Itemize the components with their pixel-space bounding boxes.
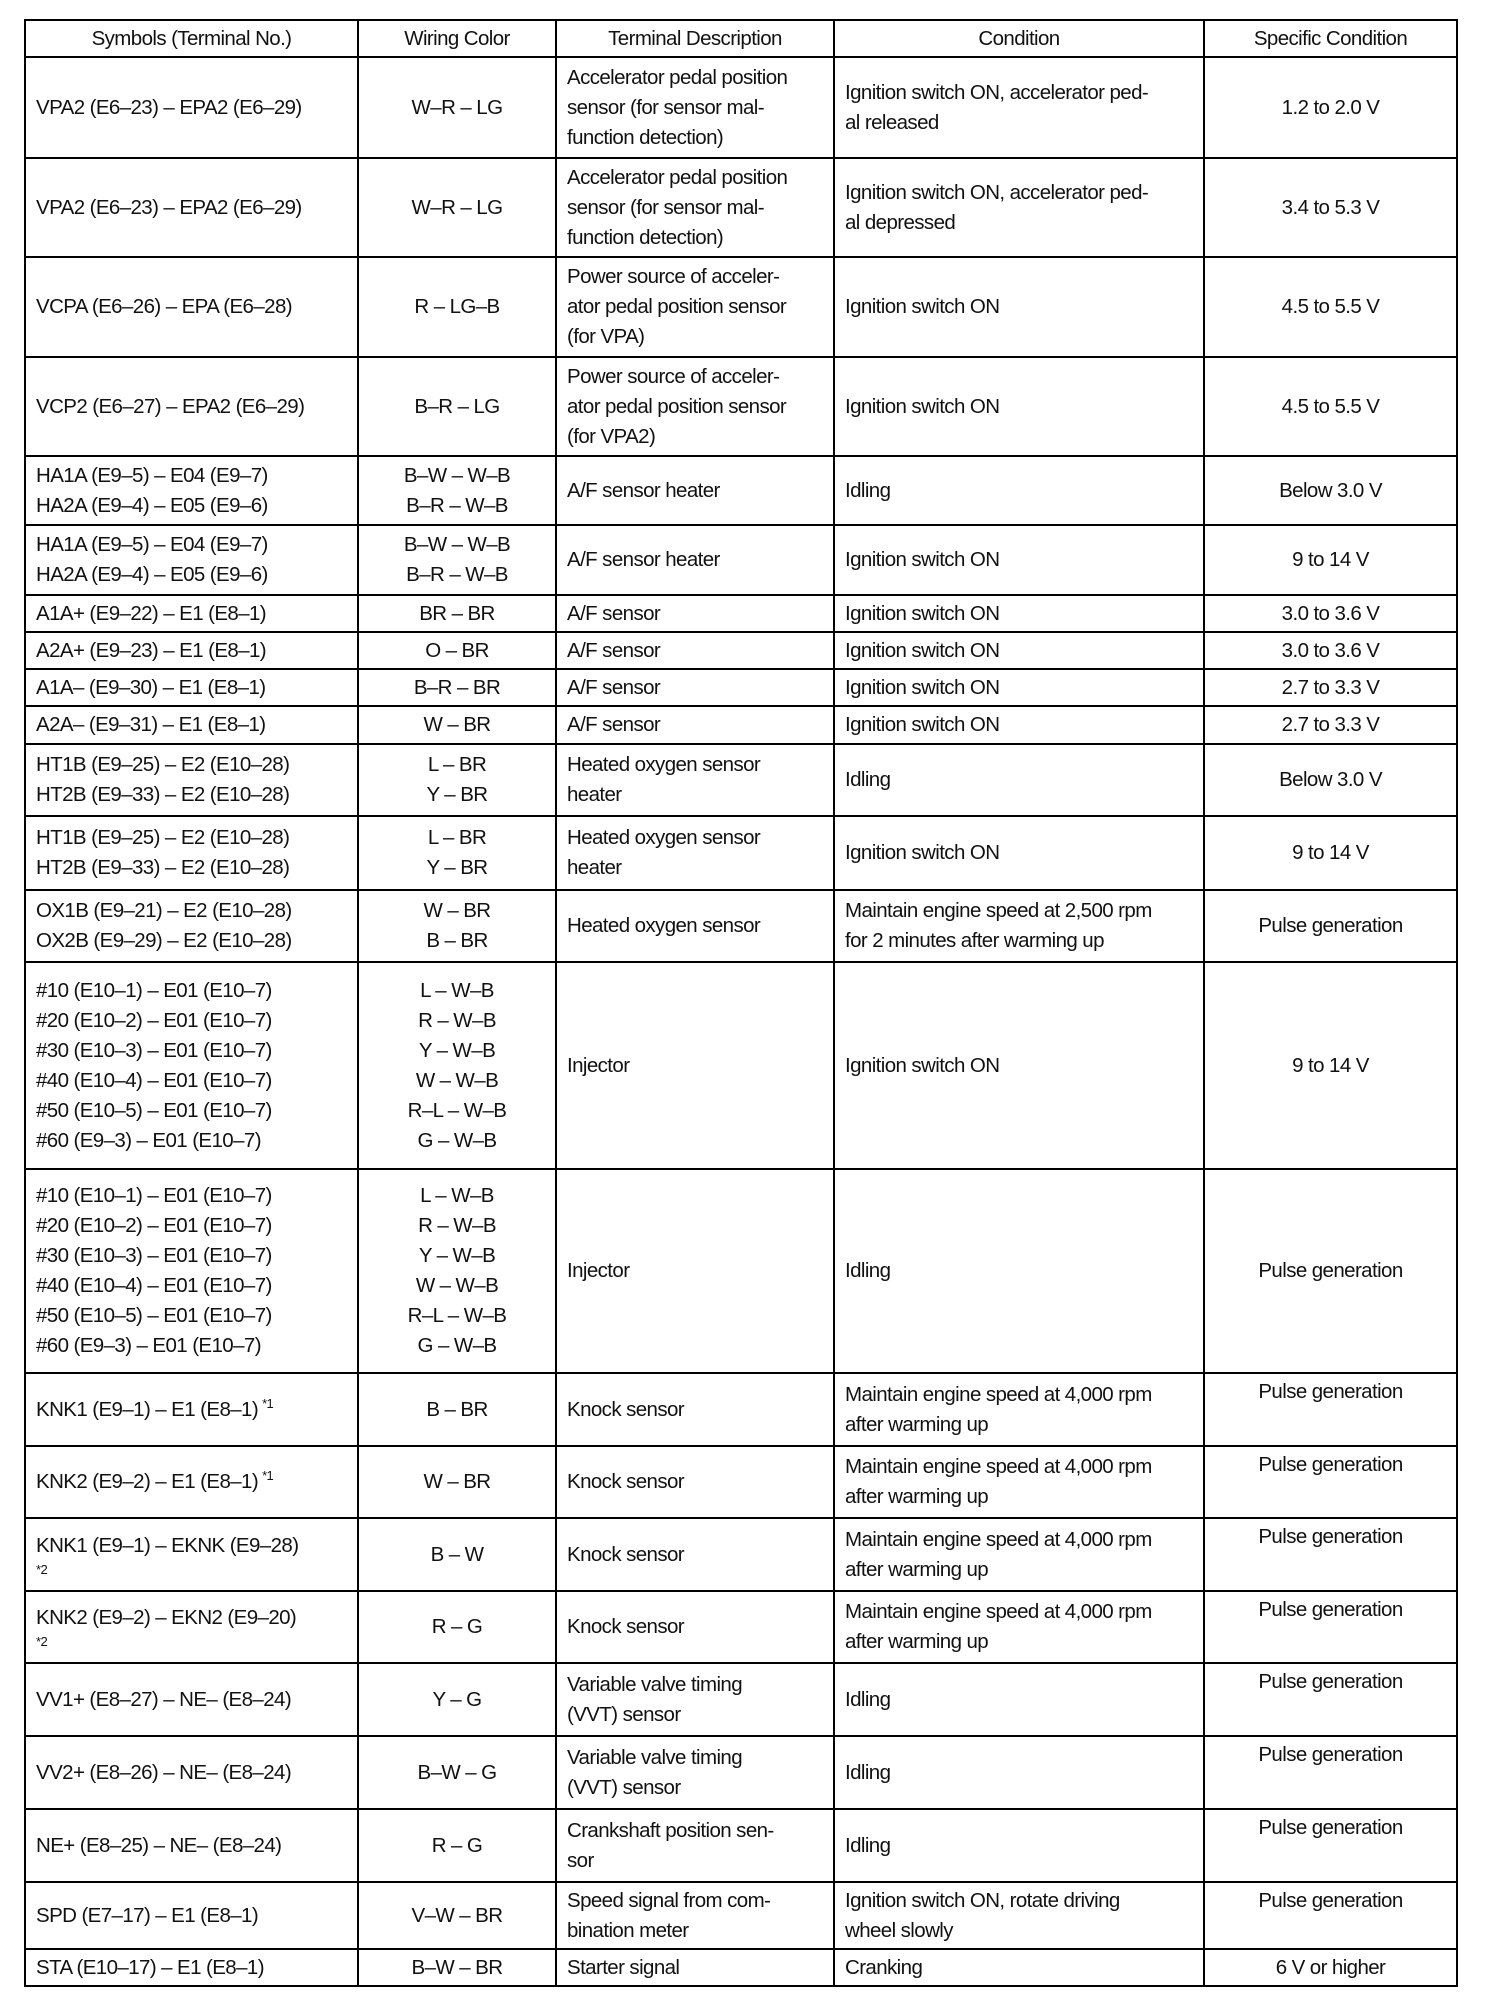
terminal-symbol: #50 (E10–5) – E01 (E10–7) [36, 1301, 347, 1331]
condition-line: al depressed [845, 208, 1193, 238]
description-line: (for VPA) [567, 322, 823, 352]
table-row: A2A– (E9–31) – E1 (E8–1)W – BRA/F sensor… [25, 706, 1457, 744]
description-line: Speed signal from com- [567, 1886, 823, 1916]
cell-terminal-description: A/F sensor [556, 595, 834, 632]
cell-condition: Maintain engine speed at 4,000 rpmafter … [834, 1591, 1204, 1663]
cell-specific-condition: 4.5 to 5.5 V [1204, 357, 1457, 456]
cell-condition: Ignition switch ON [834, 595, 1204, 632]
cell-wiring-color: B–R – BR [358, 669, 556, 706]
cell-wiring-color: W–R – LG [358, 158, 556, 257]
header-row: Symbols (Terminal No.) Wiring Color Term… [25, 20, 1457, 57]
cell-specific-condition: Pulse generation [1204, 1663, 1457, 1736]
terminal-symbol-text: HT2B (E9–33) – E2 (E10–28) [36, 783, 289, 806]
terminal-symbol-text: #20 (E10–2) – E01 (E10–7) [36, 1214, 272, 1237]
header-terminal-description: Terminal Description [556, 20, 834, 57]
condition-line: Maintain engine speed at 2,500 rpm [845, 896, 1193, 926]
cell-specific-condition: 3.0 to 3.6 V [1204, 632, 1457, 669]
condition-line: after warming up [845, 1410, 1193, 1440]
footnote-marker: *1 [262, 1396, 273, 1411]
condition-line: Ignition switch ON [845, 710, 1193, 740]
condition-line: Ignition switch ON [845, 545, 1193, 575]
header-wiring-color: Wiring Color [358, 20, 556, 57]
cell-symbols: SPD (E7–17) – E1 (E8–1) [25, 1882, 358, 1949]
description-line: ator pedal position sensor [567, 292, 823, 322]
terminal-symbol-text: A1A+ (E9–22) – E1 (E8–1) [36, 602, 266, 625]
terminal-symbol: #60 (E9–3) – E01 (E10–7) [36, 1331, 347, 1361]
cell-terminal-description: Accelerator pedal positionsensor (for se… [556, 57, 834, 158]
cell-terminal-description: Variable valve timing(VVT) sensor [556, 1663, 834, 1736]
cell-condition: Ignition switch ON, rotate drivingwheel … [834, 1882, 1204, 1949]
cell-condition: Ignition switch ON [834, 525, 1204, 595]
terminal-symbol-text: #30 (E10–3) – E01 (E10–7) [36, 1039, 272, 1062]
condition-line: Ignition switch ON, accelerator ped- [845, 178, 1193, 208]
terminal-voltage-table: Symbols (Terminal No.) Wiring Color Term… [24, 19, 1458, 1987]
cell-terminal-description: Knock sensor [556, 1591, 834, 1663]
terminal-symbol: KNK2 (E9–2) – E1 (E8–1)*1 [36, 1467, 347, 1497]
description-line: A/F sensor [567, 710, 823, 740]
cell-symbols: #10 (E10–1) – E01 (E10–7)#20 (E10–2) – E… [25, 1169, 358, 1373]
cell-terminal-description: A/F sensor heater [556, 525, 834, 595]
cell-terminal-description: Variable valve timing(VVT) sensor [556, 1736, 834, 1809]
cell-specific-condition: 9 to 14 V [1204, 816, 1457, 890]
table-row: A1A+ (E9–22) – E1 (E8–1)BR – BRA/F senso… [25, 595, 1457, 632]
terminal-symbol: HA1A (E9–5) – E04 (E9–7) [36, 530, 347, 560]
description-line: (VVT) sensor [567, 1700, 823, 1730]
terminal-symbol-text: #50 (E10–5) – E01 (E10–7) [36, 1304, 272, 1327]
cell-symbols: A2A– (E9–31) – E1 (E8–1) [25, 706, 358, 744]
cell-terminal-description: Knock sensor [556, 1518, 834, 1591]
description-line: bination meter [567, 1916, 823, 1946]
terminal-symbol: A2A+ (E9–23) – E1 (E8–1) [36, 636, 347, 666]
cell-terminal-description: A/F sensor heater [556, 456, 834, 525]
cell-specific-condition: Pulse generation [1204, 890, 1457, 962]
terminal-symbol: #10 (E10–1) – E01 (E10–7) [36, 976, 347, 1006]
cell-terminal-description: Injector [556, 962, 834, 1169]
cell-specific-condition: 3.4 to 5.3 V [1204, 158, 1457, 257]
terminal-symbol-text: VCP2 (E6–27) – EPA2 (E6–29) [36, 395, 304, 418]
table-row: HT1B (E9–25) – E2 (E10–28)HT2B (E9–33) –… [25, 816, 1457, 890]
terminal-symbol-text: A2A+ (E9–23) – E1 (E8–1) [36, 639, 266, 662]
wiring-color: W – BR [369, 896, 545, 926]
terminal-symbol: OX2B (E9–29) – E2 (E10–28) [36, 926, 347, 956]
wiring-color: W–R – LG [369, 93, 545, 123]
wiring-color: Y – W–B [369, 1241, 545, 1271]
condition-line: Cranking [845, 1953, 1193, 1983]
wiring-color: L – BR [369, 750, 545, 780]
description-line: Power source of acceler- [567, 362, 823, 392]
table-body: VPA2 (E6–23) – EPA2 (E6–29)W–R – LGAccel… [25, 57, 1457, 1986]
table-row: KNK2 (E9–2) – E1 (E8–1)*1W – BRKnock sen… [25, 1446, 1457, 1518]
cell-wiring-color: B–W – W–BB–R – W–B [358, 525, 556, 595]
cell-symbols: VCPA (E6–26) – EPA (E6–28) [25, 257, 358, 357]
cell-terminal-description: Injector [556, 1169, 834, 1373]
terminal-symbol: STA (E10–17) – E1 (E8–1) [36, 1953, 347, 1983]
terminal-symbol: #40 (E10–4) – E01 (E10–7) [36, 1271, 347, 1301]
description-line: Heated oxygen sensor [567, 823, 823, 853]
description-line: A/F sensor [567, 636, 823, 666]
table-row: VV1+ (E8–27) – NE– (E8–24)Y – GVariable … [25, 1663, 1457, 1736]
cell-wiring-color: R – LG–B [358, 257, 556, 357]
description-line: A/F sensor [567, 599, 823, 629]
cell-symbols: VCP2 (E6–27) – EPA2 (E6–29) [25, 357, 358, 456]
condition-line: after warming up [845, 1482, 1193, 1512]
condition-line: Idling [845, 1758, 1193, 1788]
terminal-symbol-text: #40 (E10–4) – E01 (E10–7) [36, 1069, 272, 1092]
cell-wiring-color: L – BRY – BR [358, 816, 556, 890]
table-row: NE+ (E8–25) – NE– (E8–24)R – GCrankshaft… [25, 1809, 1457, 1882]
terminal-symbol: HA2A (E9–4) – E05 (E9–6) [36, 560, 347, 590]
cell-symbols: VPA2 (E6–23) – EPA2 (E6–29) [25, 158, 358, 257]
terminal-symbol-text: OX1B (E9–21) – E2 (E10–28) [36, 899, 292, 922]
terminal-symbol-text: HT1B (E9–25) – E2 (E10–28) [36, 826, 289, 849]
cell-specific-condition: Pulse generation [1204, 1518, 1457, 1591]
cell-condition: Idling [834, 1663, 1204, 1736]
cell-specific-condition: Pulse generation [1204, 1591, 1457, 1663]
table-row: KNK2 (E9–2) – EKN2 (E9–20)*2R – GKnock s… [25, 1591, 1457, 1663]
description-line: Knock sensor [567, 1540, 823, 1570]
description-line: Crankshaft position sen- [567, 1816, 823, 1846]
cell-wiring-color: B–W – W–BB–R – W–B [358, 456, 556, 525]
header-symbols: Symbols (Terminal No.) [25, 20, 358, 57]
terminal-symbol-text: STA (E10–17) – E1 (E8–1) [36, 1956, 264, 1979]
cell-wiring-color: W – BR [358, 706, 556, 744]
table-row: VPA2 (E6–23) – EPA2 (E6–29)W–R – LGAccel… [25, 158, 1457, 257]
terminal-symbol-text: #10 (E10–1) – E01 (E10–7) [36, 1184, 272, 1207]
description-line: Knock sensor [567, 1395, 823, 1425]
cell-condition: Maintain engine speed at 4,000 rpmafter … [834, 1518, 1204, 1591]
cell-terminal-description: Power source of acceler-ator pedal posit… [556, 357, 834, 456]
table-row: HT1B (E9–25) – E2 (E10–28)HT2B (E9–33) –… [25, 744, 1457, 816]
cell-wiring-color: B–W – BR [358, 1949, 556, 1986]
description-line: (for VPA2) [567, 422, 823, 452]
terminal-symbol-text: OX2B (E9–29) – E2 (E10–28) [36, 929, 292, 952]
condition-line: Maintain engine speed at 4,000 rpm [845, 1525, 1193, 1555]
description-line: Power source of acceler- [567, 262, 823, 292]
condition-line: Ignition switch ON [845, 599, 1193, 629]
terminal-symbol: KNK2 (E9–2) – EKN2 (E9–20) [36, 1603, 347, 1633]
description-line: sor [567, 1846, 823, 1876]
cell-terminal-description: Knock sensor [556, 1446, 834, 1518]
cell-condition: Ignition switch ON [834, 257, 1204, 357]
terminal-symbol: SPD (E7–17) – E1 (E8–1) [36, 1901, 347, 1931]
terminal-symbol-text: VPA2 (E6–23) – EPA2 (E6–29) [36, 196, 302, 219]
description-line: Accelerator pedal position [567, 63, 823, 93]
cell-specific-condition: 9 to 14 V [1204, 962, 1457, 1169]
cell-wiring-color: W – BR [358, 1446, 556, 1518]
terminal-symbol-text: A2A– (E9–31) – E1 (E8–1) [36, 713, 265, 736]
description-line: A/F sensor heater [567, 476, 823, 506]
condition-line: Idling [845, 765, 1193, 795]
cell-symbols: KNK1 (E9–1) – EKNK (E9–28)*2 [25, 1518, 358, 1591]
terminal-symbol: VPA2 (E6–23) – EPA2 (E6–29) [36, 193, 347, 223]
terminal-symbol: HA2A (E9–4) – E05 (E9–6) [36, 491, 347, 521]
wiring-color: R–L – W–B [369, 1301, 545, 1331]
wiring-color: B–W – W–B [369, 461, 545, 491]
condition-line: Ignition switch ON [845, 292, 1193, 322]
wiring-color: B – BR [369, 926, 545, 956]
condition-line: Ignition switch ON [845, 838, 1193, 868]
cell-condition: Maintain engine speed at 2,500 rpmfor 2 … [834, 890, 1204, 962]
terminal-symbol: HA1A (E9–5) – E04 (E9–7) [36, 461, 347, 491]
description-line: Starter signal [567, 1953, 823, 1983]
wiring-color: R – W–B [369, 1006, 545, 1036]
cell-specific-condition: Pulse generation [1204, 1373, 1457, 1446]
description-line: Variable valve timing [567, 1670, 823, 1700]
description-line: sensor (for sensor mal- [567, 93, 823, 123]
terminal-symbol-text: HA2A (E9–4) – E05 (E9–6) [36, 494, 268, 517]
wiring-color: W – W–B [369, 1066, 545, 1096]
cell-wiring-color: V–W – BR [358, 1882, 556, 1949]
description-line: function detection) [567, 123, 823, 153]
terminal-symbol: VCPA (E6–26) – EPA (E6–28) [36, 292, 347, 322]
terminal-symbol: #30 (E10–3) – E01 (E10–7) [36, 1241, 347, 1271]
description-line: Accelerator pedal position [567, 163, 823, 193]
cell-specific-condition: 2.7 to 3.3 V [1204, 669, 1457, 706]
terminal-symbol-text: SPD (E7–17) – E1 (E8–1) [36, 1904, 258, 1927]
table-row: VCP2 (E6–27) – EPA2 (E6–29)B–R – LGPower… [25, 357, 1457, 456]
cell-specific-condition: 3.0 to 3.6 V [1204, 595, 1457, 632]
wiring-color: V–W – BR [369, 1901, 545, 1931]
cell-condition: Ignition switch ON [834, 816, 1204, 890]
table-row: KNK1 (E9–1) – EKNK (E9–28)*2B – WKnock s… [25, 1518, 1457, 1591]
wiring-color: B – BR [369, 1395, 545, 1425]
cell-specific-condition: Below 3.0 V [1204, 744, 1457, 816]
description-line: Injector [567, 1051, 823, 1081]
cell-symbols: KNK2 (E9–2) – E1 (E8–1)*1 [25, 1446, 358, 1518]
condition-line: Idling [845, 1831, 1193, 1861]
condition-line: Maintain engine speed at 4,000 rpm [845, 1452, 1193, 1482]
terminal-symbol: #50 (E10–5) – E01 (E10–7) [36, 1096, 347, 1126]
cell-symbols: HT1B (E9–25) – E2 (E10–28)HT2B (E9–33) –… [25, 816, 358, 890]
table-row: VCPA (E6–26) – EPA (E6–28)R – LG–BPower … [25, 257, 1457, 357]
condition-line: for 2 minutes after warming up [845, 926, 1193, 956]
wiring-color: R–L – W–B [369, 1096, 545, 1126]
terminal-symbol-text: #30 (E10–3) – E01 (E10–7) [36, 1244, 272, 1267]
wiring-color: B–R – LG [369, 392, 545, 422]
table-row: A1A– (E9–30) – E1 (E8–1)B–R – BRA/F sens… [25, 669, 1457, 706]
terminal-symbol-text: KNK2 (E9–2) – EKN2 (E9–20) [36, 1606, 296, 1629]
description-line: sensor (for sensor mal- [567, 193, 823, 223]
header-condition: Condition [834, 20, 1204, 57]
cell-symbols: #10 (E10–1) – E01 (E10–7)#20 (E10–2) – E… [25, 962, 358, 1169]
description-line: heater [567, 853, 823, 883]
header-specific-condition: Specific Condition [1204, 20, 1457, 57]
cell-specific-condition: Pulse generation [1204, 1446, 1457, 1518]
cell-symbols: VV1+ (E8–27) – NE– (E8–24) [25, 1663, 358, 1736]
terminal-symbol-text: VCPA (E6–26) – EPA (E6–28) [36, 295, 292, 318]
description-line: heater [567, 780, 823, 810]
cell-symbols: NE+ (E8–25) – NE– (E8–24) [25, 1809, 358, 1882]
wiring-color: Y – G [369, 1685, 545, 1715]
description-line: Variable valve timing [567, 1743, 823, 1773]
cell-terminal-description: Heated oxygen sensorheater [556, 744, 834, 816]
cell-terminal-description: Power source of acceler-ator pedal posit… [556, 257, 834, 357]
cell-terminal-description: Accelerator pedal positionsensor (for se… [556, 158, 834, 257]
cell-symbols: A1A+ (E9–22) – E1 (E8–1) [25, 595, 358, 632]
cell-symbols: A1A– (E9–30) – E1 (E8–1) [25, 669, 358, 706]
terminal-symbol: #20 (E10–2) – E01 (E10–7) [36, 1211, 347, 1241]
cell-symbols: VPA2 (E6–23) – EPA2 (E6–29) [25, 57, 358, 158]
wiring-color: B–W – BR [369, 1953, 545, 1983]
condition-line: after warming up [845, 1555, 1193, 1585]
cell-wiring-color: L – W–BR – W–BY – W–BW – W–BR–L – W–BG –… [358, 962, 556, 1169]
terminal-symbol: #60 (E9–3) – E01 (E10–7) [36, 1126, 347, 1156]
table-row: STA (E10–17) – E1 (E8–1)B–W – BRStarter … [25, 1949, 1457, 1986]
wiring-color: L – W–B [369, 976, 545, 1006]
condition-line: Ignition switch ON [845, 636, 1193, 666]
cell-symbols: STA (E10–17) – E1 (E8–1) [25, 1949, 358, 1986]
cell-symbols: HA1A (E9–5) – E04 (E9–7)HA2A (E9–4) – E0… [25, 456, 358, 525]
footnote-marker: *2 [36, 1633, 347, 1651]
terminal-symbol-text: HA1A (E9–5) – E04 (E9–7) [36, 464, 268, 487]
cell-wiring-color: R – G [358, 1591, 556, 1663]
description-line: ator pedal position sensor [567, 392, 823, 422]
cell-wiring-color: W – BRB – BR [358, 890, 556, 962]
cell-symbols: KNK1 (E9–1) – E1 (E8–1)*1 [25, 1373, 358, 1446]
cell-symbols: HT1B (E9–25) – E2 (E10–28)HT2B (E9–33) –… [25, 744, 358, 816]
table-row: SPD (E7–17) – E1 (E8–1)V–W – BRSpeed sig… [25, 1882, 1457, 1949]
terminal-symbol-text: NE+ (E8–25) – NE– (E8–24) [36, 1834, 281, 1857]
cell-specific-condition: Pulse generation [1204, 1809, 1457, 1882]
wiring-color: Y – BR [369, 780, 545, 810]
cell-condition: Maintain engine speed at 4,000 rpmafter … [834, 1446, 1204, 1518]
description-line: Heated oxygen sensor [567, 750, 823, 780]
cell-condition: Ignition switch ON, accelerator ped-al r… [834, 57, 1204, 158]
cell-specific-condition: 4.5 to 5.5 V [1204, 257, 1457, 357]
wiring-color: Y – BR [369, 853, 545, 883]
cell-terminal-description: Knock sensor [556, 1373, 834, 1446]
wiring-color: O – BR [369, 636, 545, 666]
cell-specific-condition: 9 to 14 V [1204, 525, 1457, 595]
description-line: Knock sensor [567, 1467, 823, 1497]
table-row: VV2+ (E8–26) – NE– (E8–24)B–W – GVariabl… [25, 1736, 1457, 1809]
cell-wiring-color: BR – BR [358, 595, 556, 632]
cell-symbols: OX1B (E9–21) – E2 (E10–28)OX2B (E9–29) –… [25, 890, 358, 962]
cell-specific-condition: Pulse generation [1204, 1882, 1457, 1949]
wiring-color: B – W [369, 1540, 545, 1570]
terminal-symbol-text: KNK1 (E9–1) – EKNK (E9–28) [36, 1534, 298, 1557]
terminal-symbol-text: VV2+ (E8–26) – NE– (E8–24) [36, 1761, 291, 1784]
wiring-color: B–W – G [369, 1758, 545, 1788]
cell-wiring-color: Y – G [358, 1663, 556, 1736]
terminal-symbol-text: HA1A (E9–5) – E04 (E9–7) [36, 533, 268, 556]
cell-specific-condition: Pulse generation [1204, 1736, 1457, 1809]
cell-condition: Ignition switch ON [834, 632, 1204, 669]
terminal-symbol-text: HT1B (E9–25) – E2 (E10–28) [36, 753, 289, 776]
terminal-symbol: VPA2 (E6–23) – EPA2 (E6–29) [36, 93, 347, 123]
terminal-symbol-text: VPA2 (E6–23) – EPA2 (E6–29) [36, 96, 302, 119]
table-row: HA1A (E9–5) – E04 (E9–7)HA2A (E9–4) – E0… [25, 525, 1457, 595]
terminal-symbol-text: A1A– (E9–30) – E1 (E8–1) [36, 676, 265, 699]
terminal-symbol: VV1+ (E8–27) – NE– (E8–24) [36, 1685, 347, 1715]
wiring-color: B–W – W–B [369, 530, 545, 560]
cell-condition: Ignition switch ON [834, 357, 1204, 456]
terminal-symbol: HT2B (E9–33) – E2 (E10–28) [36, 780, 347, 810]
cell-wiring-color: O – BR [358, 632, 556, 669]
terminal-symbol: A1A– (E9–30) – E1 (E8–1) [36, 673, 347, 703]
wiring-color: Y – W–B [369, 1036, 545, 1066]
cell-specific-condition: 2.7 to 3.3 V [1204, 706, 1457, 744]
terminal-symbol-text: #50 (E10–5) – E01 (E10–7) [36, 1099, 272, 1122]
terminal-symbol-text: #10 (E10–1) – E01 (E10–7) [36, 979, 272, 1002]
cell-condition: Ignition switch ON, accelerator ped-al d… [834, 158, 1204, 257]
terminal-symbol: A1A+ (E9–22) – E1 (E8–1) [36, 599, 347, 629]
cell-terminal-description: A/F sensor [556, 632, 834, 669]
terminal-symbol-text: #60 (E9–3) – E01 (E10–7) [36, 1334, 261, 1357]
cell-wiring-color: B – W [358, 1518, 556, 1591]
cell-wiring-color: W–R – LG [358, 57, 556, 158]
terminal-symbol-text: VV1+ (E8–27) – NE– (E8–24) [36, 1688, 291, 1711]
condition-line: Ignition switch ON, rotate driving [845, 1886, 1193, 1916]
description-line: Injector [567, 1256, 823, 1286]
wiring-color: R – W–B [369, 1211, 545, 1241]
description-line: function detection) [567, 223, 823, 253]
terminal-symbol-text: #20 (E10–2) – E01 (E10–7) [36, 1009, 272, 1032]
table-row: #10 (E10–1) – E01 (E10–7)#20 (E10–2) – E… [25, 962, 1457, 1169]
table-row: #10 (E10–1) – E01 (E10–7)#20 (E10–2) – E… [25, 1169, 1457, 1373]
wiring-color: W–R – LG [369, 193, 545, 223]
terminal-symbol: HT2B (E9–33) – E2 (E10–28) [36, 853, 347, 883]
cell-symbols: KNK2 (E9–2) – EKN2 (E9–20)*2 [25, 1591, 358, 1663]
condition-line: Idling [845, 1256, 1193, 1286]
terminal-symbol: HT1B (E9–25) – E2 (E10–28) [36, 823, 347, 853]
condition-line: Maintain engine speed at 4,000 rpm [845, 1380, 1193, 1410]
cell-terminal-description: Starter signal [556, 1949, 834, 1986]
cell-terminal-description: Heated oxygen sensor [556, 890, 834, 962]
cell-condition: Ignition switch ON [834, 669, 1204, 706]
condition-line: Ignition switch ON [845, 1051, 1193, 1081]
terminal-symbol: NE+ (E8–25) – NE– (E8–24) [36, 1831, 347, 1861]
wiring-color: W – BR [369, 710, 545, 740]
condition-line: after warming up [845, 1627, 1193, 1657]
terminal-symbol: VCP2 (E6–27) – EPA2 (E6–29) [36, 392, 347, 422]
cell-condition: Idling [834, 1736, 1204, 1809]
footnote-marker: *1 [262, 1468, 273, 1483]
terminal-symbol-text: HT2B (E9–33) – E2 (E10–28) [36, 856, 289, 879]
description-line: Knock sensor [567, 1612, 823, 1642]
wiring-color: L – BR [369, 823, 545, 853]
cell-symbols: VV2+ (E8–26) – NE– (E8–24) [25, 1736, 358, 1809]
wiring-color: BR – BR [369, 599, 545, 629]
cell-symbols: A2A+ (E9–23) – E1 (E8–1) [25, 632, 358, 669]
terminal-symbol: KNK1 (E9–1) – E1 (E8–1)*1 [36, 1395, 347, 1425]
wiring-color: B–R – W–B [369, 491, 545, 521]
terminal-symbol: #40 (E10–4) – E01 (E10–7) [36, 1066, 347, 1096]
terminal-symbol: OX1B (E9–21) – E2 (E10–28) [36, 896, 347, 926]
cell-wiring-color: R – G [358, 1809, 556, 1882]
condition-line: Ignition switch ON [845, 392, 1193, 422]
cell-specific-condition: 1.2 to 2.0 V [1204, 57, 1457, 158]
terminal-symbol: #30 (E10–3) – E01 (E10–7) [36, 1036, 347, 1066]
table-row: VPA2 (E6–23) – EPA2 (E6–29)W–R – LGAccel… [25, 57, 1457, 158]
cell-condition: Idling [834, 1809, 1204, 1882]
cell-condition: Idling [834, 744, 1204, 816]
cell-wiring-color: B – BR [358, 1373, 556, 1446]
cell-terminal-description: Crankshaft position sen-sor [556, 1809, 834, 1882]
table-row: A2A+ (E9–23) – E1 (E8–1)O – BRA/F sensor… [25, 632, 1457, 669]
wiring-color: R – LG–B [369, 292, 545, 322]
cell-condition: Ignition switch ON [834, 706, 1204, 744]
terminal-symbol: #20 (E10–2) – E01 (E10–7) [36, 1006, 347, 1036]
wiring-color: W – BR [369, 1467, 545, 1497]
cell-condition: Idling [834, 456, 1204, 525]
condition-line: Maintain engine speed at 4,000 rpm [845, 1597, 1193, 1627]
cell-condition: Maintain engine speed at 4,000 rpmafter … [834, 1373, 1204, 1446]
terminal-symbol-text: KNK2 (E9–2) – E1 (E8–1) [36, 1470, 258, 1493]
cell-condition: Idling [834, 1169, 1204, 1373]
wiring-color: B–R – W–B [369, 560, 545, 590]
wiring-color: W – W–B [369, 1271, 545, 1301]
